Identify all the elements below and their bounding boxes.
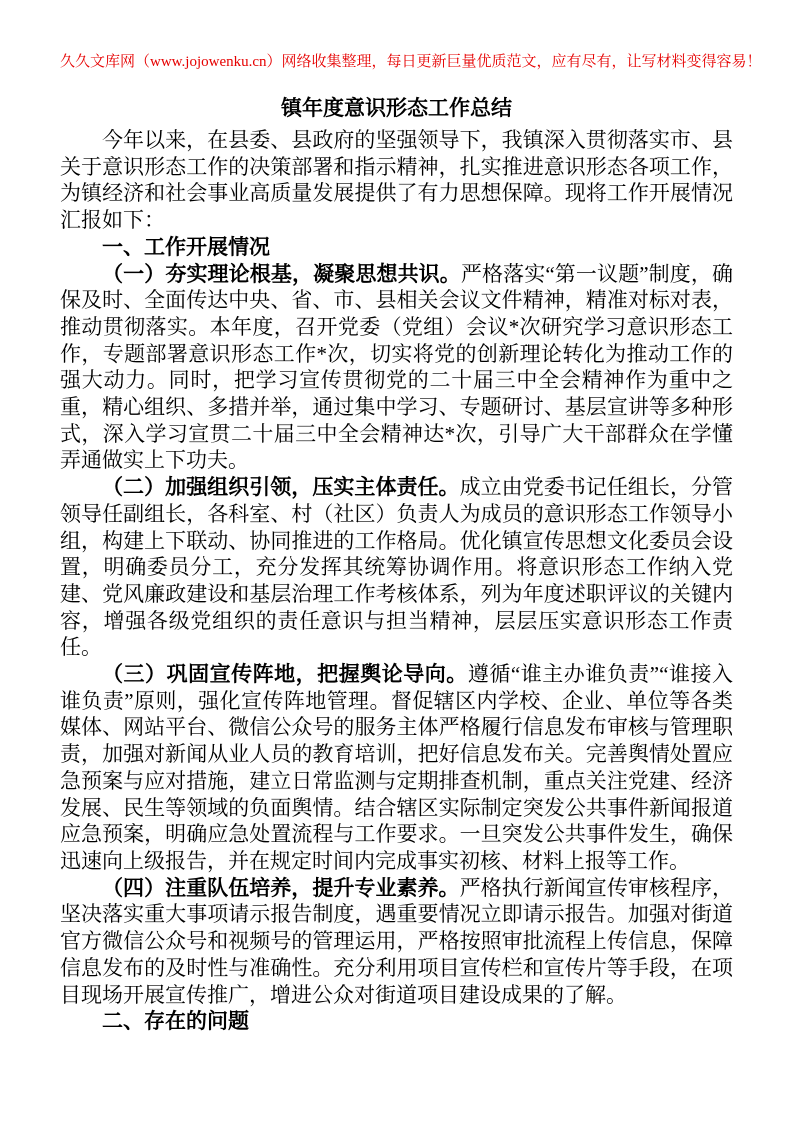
subsection-3-lead: （三）巩固宣传阵地，把握舆论导向。 xyxy=(102,662,468,686)
subsection-1-text: 严格落实“第一议题”制度，确保及时、全面传达中央、省、市、县相关会议文件精神，精… xyxy=(60,262,733,473)
subsection-4-lead: （四）注重队伍培养，提升专业素养。 xyxy=(102,876,460,900)
subsection-1-lead: （一）夯实理论根基，凝聚思想共识。 xyxy=(102,262,461,286)
subsection-1-paragraph: （一）夯实理论根基，凝聚思想共识。严格落实“第一议题”制度，确保及时、全面传达中… xyxy=(60,261,733,475)
subsection-2-lead: （二）加强组织引领，压实主体责任。 xyxy=(102,475,460,499)
subsection-3-paragraph: （三）巩固宣传阵地，把握舆论导向。遵循“谁主办谁负责”“谁接入谁负责”原则，强化… xyxy=(60,661,733,875)
subsection-2-paragraph: （二）加强组织引领，压实主体责任。成立由党委书记任组长，分管领导任副组长，各科室… xyxy=(60,474,733,661)
intro-paragraph: 今年以来，在县委、县政府的坚强领导下，我镇深入贯彻落实市、县关于意识形态工作的决… xyxy=(60,127,733,234)
watermark-notice: 久久文库网（www.jojowenku.cn）网络收集整理，每日更新巨量优质范文… xyxy=(60,52,733,72)
document-page: 久久文库网（www.jojowenku.cn）网络收集整理，每日更新巨量优质范文… xyxy=(0,0,793,1122)
subsection-4-paragraph: （四）注重队伍培养，提升专业素养。严格执行新闻宣传审核程序，坚决落实重大事项请示… xyxy=(60,875,733,1009)
document-title: 镇年度意识形态工作总结 xyxy=(60,94,733,122)
subsection-2-text: 成立由党委书记任组长，分管领导任副组长，各科室、村（社区）负责人为成员的意识形态… xyxy=(60,475,733,659)
subsection-3-text: 遵循“谁主办谁负责”“谁接入谁负责”原则，强化宣传阵地管理。督促辖区内学校、企业… xyxy=(60,662,733,873)
section-1-heading: 一、工作开展情况 xyxy=(60,234,733,261)
section-2-heading: 二、存在的问题 xyxy=(60,1008,733,1035)
